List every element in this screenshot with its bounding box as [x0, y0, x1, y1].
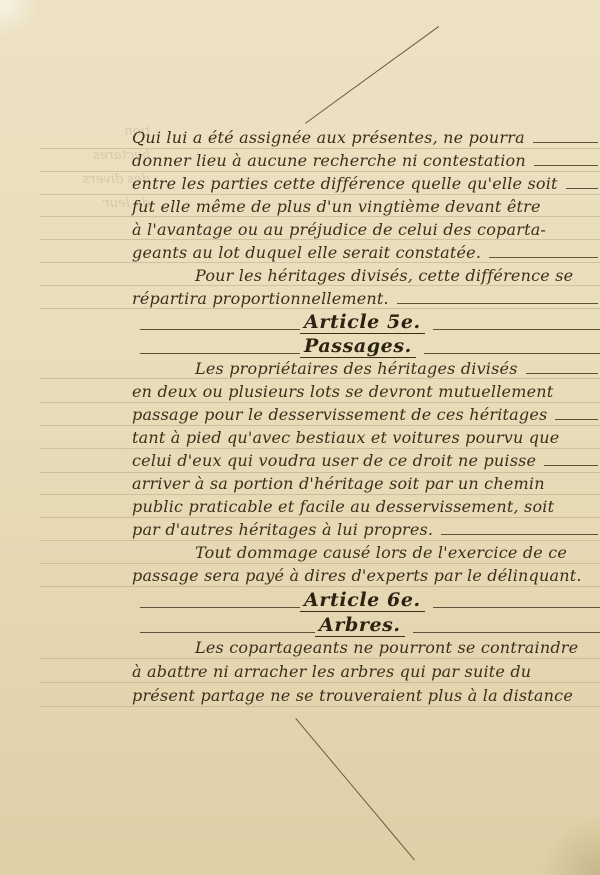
- article-6-subheading: Arbres.: [140, 613, 600, 637]
- text-line: répartira proportionnellement.: [132, 288, 600, 310]
- line-filler: [534, 165, 598, 166]
- line-text: en deux ou plusieurs lots se devront mut…: [132, 381, 553, 403]
- line-text: Pour les héritages divisés, cette différ…: [195, 265, 573, 287]
- line-filler: [544, 465, 598, 466]
- text-line: Pour les héritages divisés, cette différ…: [195, 265, 600, 287]
- heading-rule: [140, 607, 300, 608]
- line-text: donner lieu à aucune recherche ni contes…: [132, 150, 526, 172]
- line-text: celui d'eux qui voudra user de ce droit …: [132, 450, 536, 472]
- text-line: Tout dommage causé lors de l'exercice de…: [195, 542, 600, 564]
- text-line: celui d'eux qui voudra user de ce droit …: [132, 450, 600, 472]
- line-text: public praticable et facile au desservis…: [132, 496, 554, 518]
- line-text: par d'autres héritages à lui propres.: [132, 519, 433, 541]
- line-text: entre les parties cette différence quell…: [132, 173, 558, 195]
- heading-rule: [433, 607, 600, 608]
- heading-rule: [140, 353, 300, 354]
- text-line: arriver à sa portion d'héritage soit par…: [132, 473, 600, 495]
- line-text: tant à pied qu'avec bestiaux et voitures…: [132, 427, 559, 449]
- text-line: fut elle même de plus d'un vingtième dev…: [132, 196, 600, 218]
- text-line: à abattre ni arracher les arbres qui par…: [132, 661, 600, 683]
- heading-rule: [140, 632, 315, 633]
- line-text: à abattre ni arracher les arbres qui par…: [132, 661, 531, 683]
- line-filler: [526, 373, 598, 374]
- text-line: Qui lui a été assignée aux présentes, ne…: [132, 127, 600, 149]
- line-text: présent partage ne se trouveraient plus …: [132, 685, 573, 707]
- line-text: Les propriétaires des héritages divisés: [195, 358, 518, 380]
- article-6-heading: Article 6e.: [140, 588, 600, 612]
- text-line: présent partage ne se trouveraient plus …: [132, 685, 600, 707]
- heading-rule: [413, 632, 600, 633]
- text-line: par d'autres héritages à lui propres.: [132, 519, 600, 541]
- line-text: à l'avantage ou au préjudice de celui de…: [132, 219, 546, 241]
- photo-glare: [0, 0, 40, 40]
- text-line: Les copartageants ne pourront se contrai…: [195, 637, 600, 659]
- heading-rule: [424, 353, 600, 354]
- line-filler: [533, 142, 598, 143]
- line-text: Qui lui a été assignée aux présentes, ne…: [132, 127, 525, 149]
- line-text: fut elle même de plus d'un vingtième dev…: [132, 196, 541, 218]
- article-title: Article 5e.: [300, 311, 425, 334]
- line-text: geants au lot duquel elle serait constat…: [132, 242, 481, 264]
- line-filler: [489, 257, 598, 258]
- line-text: passage sera payé à dires d'experts par …: [132, 565, 582, 587]
- article-subtitle: Arbres.: [315, 614, 405, 637]
- text-line: donner lieu à aucune recherche ni contes…: [132, 150, 600, 172]
- line-filler: [397, 303, 598, 304]
- top-cancel-stroke: [305, 26, 439, 124]
- text-line: geants au lot duquel elle serait constat…: [132, 242, 600, 264]
- text-line: passage pour le desservissement de ces h…: [132, 404, 600, 426]
- text-line: entre les parties cette différence quell…: [132, 173, 600, 195]
- heading-rule: [140, 329, 300, 330]
- article-5-subheading: Passages.: [140, 334, 600, 358]
- line-text: répartira proportionnellement.: [132, 288, 389, 310]
- line-text: arriver à sa portion d'héritage soit par…: [132, 473, 545, 495]
- line-filler: [441, 534, 598, 535]
- line-filler: [555, 419, 598, 420]
- article-subtitle: Passages.: [300, 335, 416, 358]
- article-title: Article 6e.: [300, 589, 425, 612]
- heading-rule: [433, 329, 600, 330]
- line-text: Tout dommage causé lors de l'exercice de…: [195, 542, 567, 564]
- line-filler: [566, 188, 598, 189]
- page-corner-shadow: [540, 815, 600, 875]
- text-line: public praticable et facile au desservis…: [132, 496, 600, 518]
- text-line: Les propriétaires des héritages divisés: [195, 358, 600, 380]
- text-line: en deux ou plusieurs lots se devront mut…: [132, 381, 600, 403]
- line-text: Les copartageants ne pourront se contrai…: [195, 637, 578, 659]
- article-5-heading: Article 5e.: [140, 310, 600, 334]
- manuscript-page: tion hectares des divers de leur Qui lui…: [0, 0, 600, 875]
- text-line: passage sera payé à dires d'experts par …: [132, 565, 600, 587]
- text-line: tant à pied qu'avec bestiaux et voitures…: [132, 427, 600, 449]
- text-line: à l'avantage ou au préjudice de celui de…: [132, 219, 600, 241]
- line-text: passage pour le desservissement de ces h…: [132, 404, 547, 426]
- bottom-cancel-stroke: [295, 718, 415, 860]
